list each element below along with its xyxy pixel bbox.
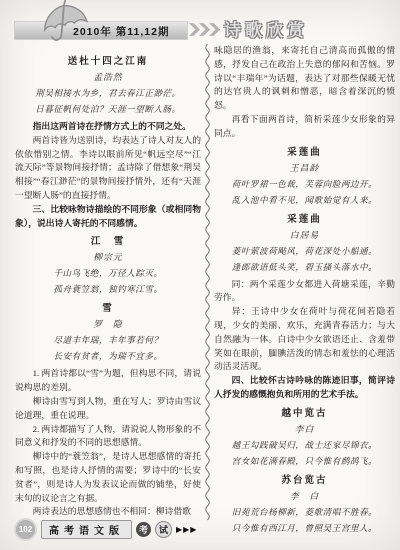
- paragraph: 柳诗中的“蓑笠翁”，是诗人思想感情的寄托和写照，也是诗人抒情的需要；罗诗中的“长…: [15, 450, 201, 505]
- section-heading: 三、比较咏物诗描绘的不同形象（或相同物象），说出诗人寄托的不同感情。: [15, 203, 201, 231]
- verse-line: 宫女如花满春殿，只今惟有鹧鸪飞。: [214, 453, 395, 469]
- verse-line: 乱入池中看不见，闻歌始觉有人来。: [214, 192, 395, 208]
- paragraph: 2. 两诗都描写了人物，请说说人物形象的不同意义和抒发的不同的思想感情。: [15, 423, 201, 451]
- verse-line: 菱叶萦波荷飐风，荷花深处小船通。: [214, 243, 395, 259]
- section-heading: 指出这两首诗在抒情方式上的不同之处。: [15, 120, 201, 134]
- verse-line: 日暮征帆何处泊？天涯一望断人肠。: [15, 101, 201, 117]
- page-number-badge: 102: [14, 518, 37, 541]
- section-title: 诗歌欣赏: [224, 16, 308, 41]
- verse-line: 孤舟蓑笠翁，独钓寒江雪。: [15, 281, 201, 297]
- poem-title: 采莲曲: [214, 146, 395, 160]
- verse-line: 只今惟有西江月，曾照吴王宫里人。: [214, 520, 395, 536]
- paragraph: 同：两个采莲少女都进入荷塘采莲，辛勤劳作。: [214, 278, 395, 306]
- poem-author: 李白: [214, 423, 395, 436]
- section-heading: 四、比较怀古诗吟咏的陈迹旧事，简评诗人抒发的感慨抱负和所用的艺术手法。: [214, 374, 395, 402]
- poem-author: 李 白: [214, 490, 395, 503]
- poem-author: 孟浩然: [15, 71, 201, 84]
- poem-author: 白居易: [214, 229, 395, 242]
- poem-author: 王昌龄: [214, 162, 395, 175]
- wavy-rule: [206, 44, 210, 520]
- poem-title: 送杜十四之江南: [15, 55, 201, 69]
- poem-title: 江 雪: [15, 235, 201, 249]
- verse-line: 长安有贫者，为瑞不宜多。: [15, 348, 201, 364]
- verse-line: 旧苑荒台杨柳新，菱歌清唱不胜春。: [214, 504, 395, 520]
- page: 2010年 第11,12期 诗歌欣赏 送杜十四之江南孟浩然荆吴相接水为乡，君去春…: [0, 0, 400, 550]
- verse-line: 荆吴相接水为乡，君去春江正渺茫。: [15, 85, 201, 101]
- verse-line: 荷叶罗裙一色裁，芙蓉向脸两边开。: [214, 176, 395, 192]
- paragraph: 柳诗由雪写到人物，重在写人；罗诗由雪议论道理，重在说理。: [15, 395, 201, 423]
- poem-title: 越中览古: [214, 407, 395, 421]
- poem-author: 罗 隐: [15, 318, 201, 331]
- footer: 102 高考语文版 考 试 ▶▶▶: [14, 518, 197, 541]
- verse-line: 千山鸟飞绝，万径人踪灭。: [15, 265, 201, 281]
- paragraph: 咏隐居的渔翁，来寄托自己清高而孤傲的情感，抒发自己在政治上失意的郁闷和苦恼。罗诗…: [214, 44, 395, 113]
- triple-chevron-icon: [189, 23, 222, 41]
- verse-line: 越王勾践破吴归，战士还家尽锦衣。: [214, 437, 395, 453]
- exam-badge-kao: 考: [136, 522, 151, 537]
- column-right: 咏隐居的渔翁，来寄托自己清高而孤傲的情感，抒发自己在政治上失意的郁闷和苦恼。罗诗…: [214, 44, 395, 539]
- poem-title: 采莲曲: [214, 213, 395, 227]
- paragraph: 异：王诗中少女在荷叶与荷花间若隐若现，少女的美丽、欢乐，充满青春活力；与大自然融…: [214, 305, 395, 374]
- paragraph: 1. 两首诗都以“雪”为题，但构思不同，请说说构思的差别。: [15, 367, 201, 395]
- poem-title: 苏台览古: [214, 474, 395, 488]
- publication-label: 高考语文版: [41, 520, 132, 539]
- paragraph: 两首诗皆为送别诗，均表达了诗人对友人的依依惜别之情。李诗以眼前所见“帆远空尽”“…: [15, 134, 201, 203]
- verse-line: 尽道丰年瑞，丰年事若何？: [15, 332, 201, 348]
- forward-arrows-icon: ▶▶▶: [176, 525, 197, 534]
- column-divider: [203, 44, 212, 524]
- exam-badge-shi: 试: [155, 521, 172, 538]
- column-left: 送杜十四之江南孟浩然荆吴相接水为乡，君去春江正渺茫。日暮征帆何处泊？天涯一望断人…: [15, 50, 201, 519]
- poem-title: 雪: [15, 302, 201, 316]
- verse-line: 逢郎欲语低头笑，碧玉搔头落水中。: [214, 259, 395, 275]
- poem-author: 柳宗元: [15, 251, 201, 264]
- paragraph: 再看下面两首诗，简析采莲少女形象的异同点。: [214, 113, 395, 141]
